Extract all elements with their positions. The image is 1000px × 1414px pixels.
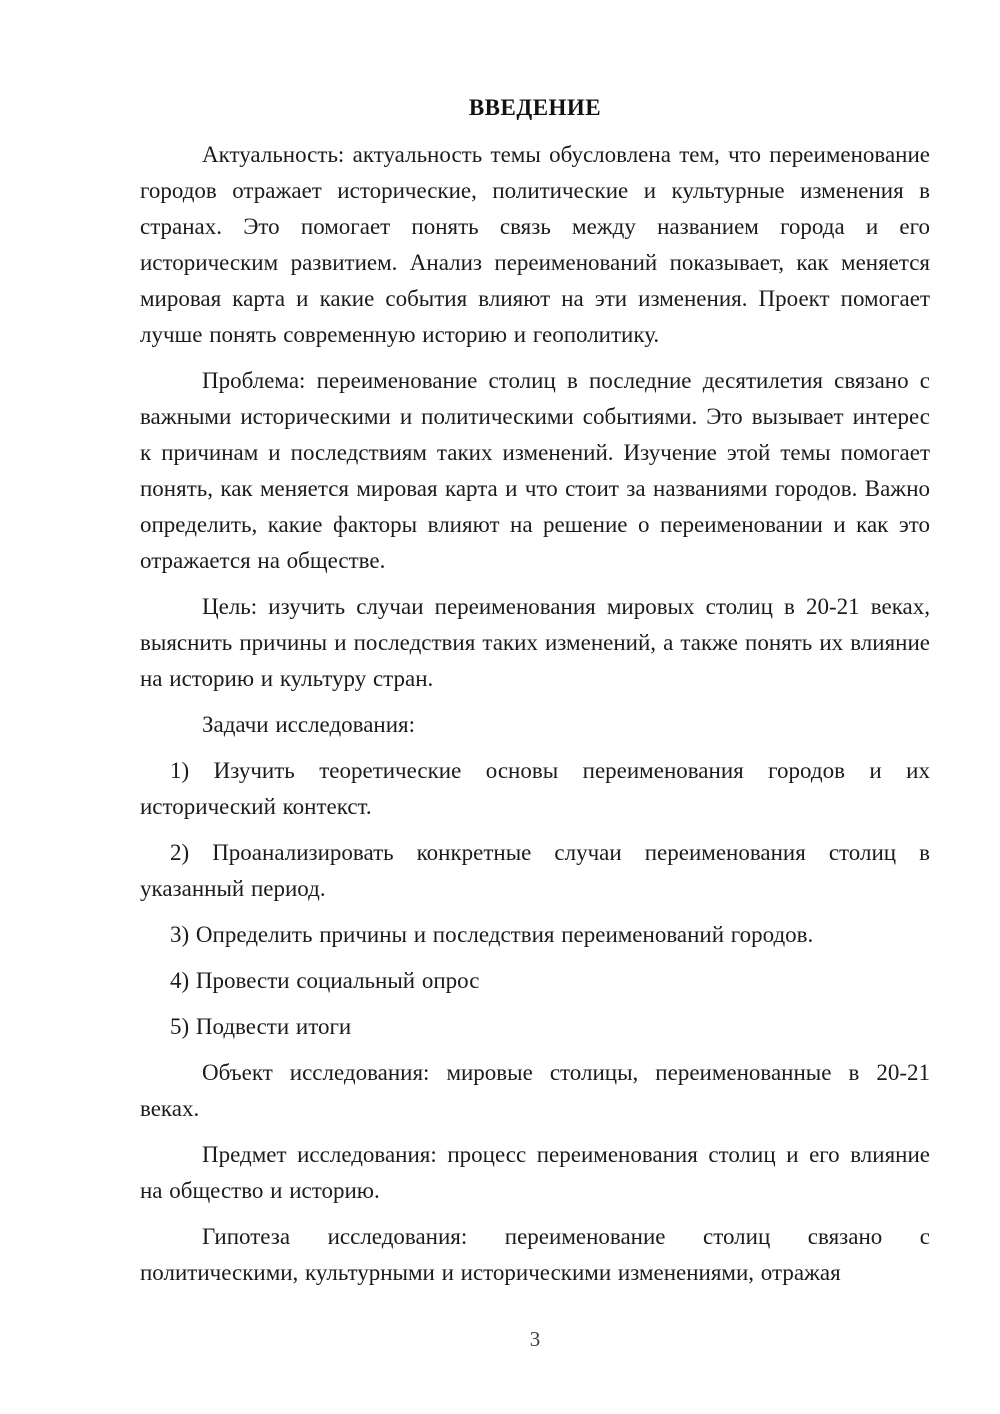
task-item-2: 2) Проанализировать конкретные случаи пе… (140, 835, 930, 907)
task-item-4: 4) Провести социальный опрос (140, 963, 930, 999)
paragraph-problem: Проблема: переименование столиц в послед… (140, 363, 930, 579)
paragraph-object: Объект исследования: мировые столицы, пе… (140, 1055, 930, 1127)
page-title: ВВЕДЕНИЕ (140, 90, 930, 126)
document-body: ВВЕДЕНИЕ Актуальность: актуальность темы… (140, 90, 930, 1301)
paragraph-hypothesis: Гипотеза исследования: переименование ст… (140, 1219, 930, 1291)
document-page: ВВЕДЕНИЕ Актуальность: актуальность темы… (0, 0, 1000, 1414)
page-number: 3 (140, 1324, 930, 1354)
paragraph-relevance: Актуальность: актуальность темы обусловл… (140, 137, 930, 353)
task-item-3: 3) Определить причины и последствия пере… (140, 917, 930, 953)
task-item-1: 1) Изучить теоретические основы переимен… (140, 753, 930, 825)
paragraph-tasks-heading: Задачи исследования: (140, 707, 930, 743)
paragraph-subject: Предмет исследования: процесс переименов… (140, 1137, 930, 1209)
task-item-5: 5) Подвести итоги (140, 1009, 930, 1045)
paragraph-goal: Цель: изучить случаи переименования миро… (140, 589, 930, 697)
